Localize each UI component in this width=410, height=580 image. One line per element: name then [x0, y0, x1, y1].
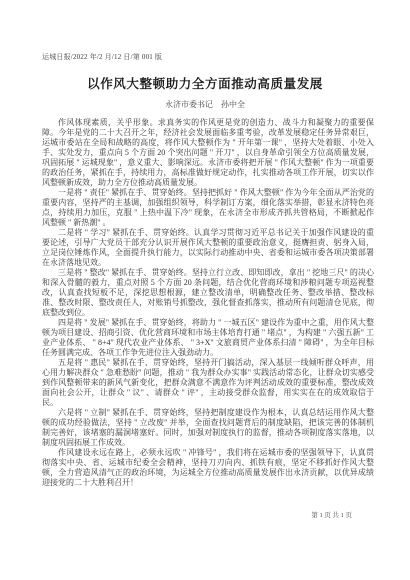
article-title: 以作风大整顿助力全方面推动高质量发展 — [0, 74, 410, 92]
body-paragraph: 作风体现素质，关乎形象。求真务实的作风更是党的创造力、战斗力和凝聚力的重要保障。… — [42, 118, 374, 188]
article-byline: 永济市委书记 孙中全 — [0, 99, 410, 110]
page-number: 第 1 页 共 1 页 — [311, 510, 352, 519]
newspaper-article-page: 运城日报/2022 年/2 月/12 日/第 001 版 以作风大整顿助力全方面… — [0, 0, 410, 580]
article-body: 作风体现素质，关乎形象。求真务实的作风更是党的创造力、战斗力和凝聚力的重要保障。… — [42, 118, 374, 488]
source-line: 运城日报/2022 年/2 月/12 日/第 001 版 — [42, 52, 162, 62]
body-paragraph: 四是将 " 发展" 紧抓在手、贯穿始终，将助力 " 一城五区" 建设作为重中之重… — [42, 318, 374, 358]
body-paragraph: 作风建设永远在路上，必须永远吹 " 冲锋号" ，我们将在运城市委的坚强领导下，认… — [42, 448, 374, 488]
body-paragraph: 六是将 " 立制" 紧抓在手、贯穿始终，坚持把制度建设作为根本，认真总结运用作风… — [42, 408, 374, 448]
body-paragraph: 一是将 " 责任" 紧抓在手、贯穿始终。坚持把抓好 " 作风大整顿" 作为今年全… — [42, 188, 374, 228]
body-paragraph: 二是将 " 学习" 紧抓在手、贯穿始终。认真学习贯彻习近平总书记关于加强作风建设… — [42, 228, 374, 268]
body-paragraph: 三是将 " 整改" 紧抓在手、贯穿始终。坚持立行立改、即知即改，拿出 " 挖地三… — [42, 268, 374, 318]
body-paragraph: 五是将 " 惠民" 紧抓在手、贯穿始终，坚持开门搞活动，深入基层一线倾听群众呼声… — [42, 358, 374, 408]
